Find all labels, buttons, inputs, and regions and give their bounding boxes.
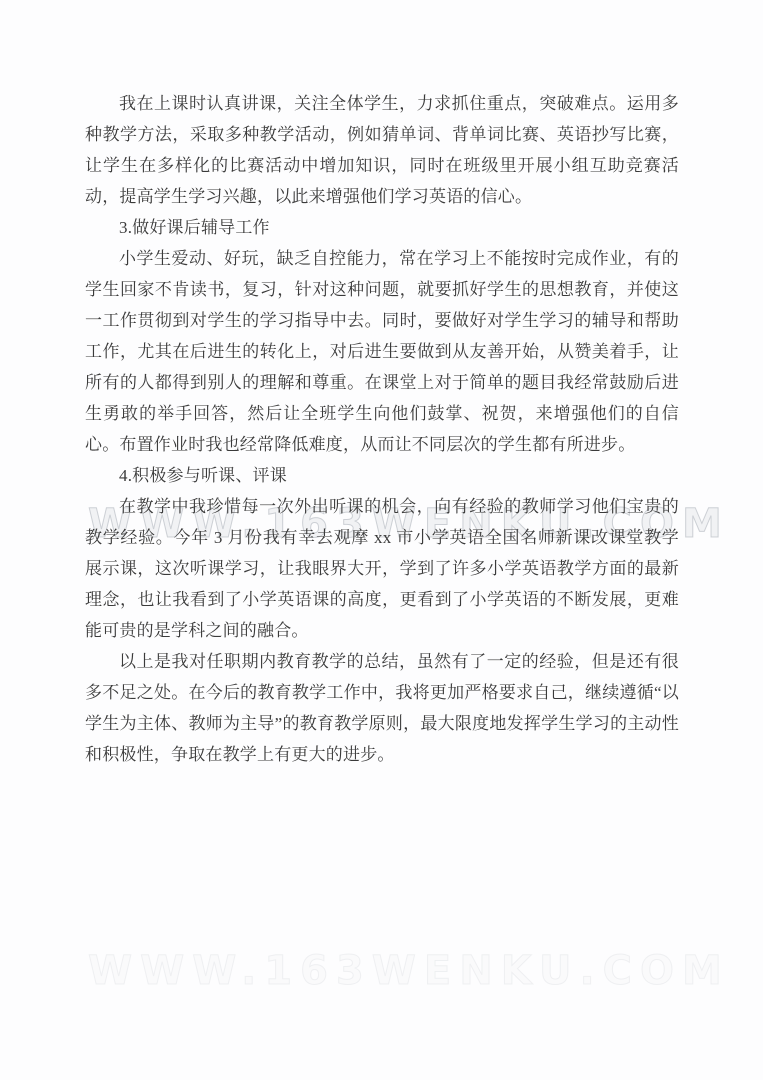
paragraph-summary-conclusion: 以上是我对任职期内教育教学的总结，虽然有了一定的经验，但是还有很多不足之处。在今… xyxy=(85,646,679,770)
paragraph-teaching-methods: 我在上课时认真讲课，关注全体学生，力求抓住重点，突破难点。运用多种教学方法，采取… xyxy=(85,88,679,212)
section-heading-4-lesson-observation: 4.积极参与听课、评课 xyxy=(85,460,679,491)
section-heading-3-after-class-tutoring: 3.做好课后辅导工作 xyxy=(85,212,679,243)
site-watermark-bottom: WWW.163WENKU.COM xyxy=(88,948,680,994)
paragraph-tutoring-details: 小学生爱动、好玩，缺乏自控能力，常在学习上不能按时完成作业，有的学生回家不肯读书… xyxy=(85,243,679,460)
document-body: 我在上课时认真讲课，关注全体学生，力求抓住重点，突破难点。运用多种教学方法，采取… xyxy=(85,88,679,770)
paragraph-observation-details: 在教学中我珍惜每一次外出听课的机会，向有经验的教师学习他们宝贵的教学经验。今年 … xyxy=(85,491,679,646)
document-page: WWW.163WENKU.COM WWW.163WENKU.COM 我在上课时认… xyxy=(0,0,763,1080)
